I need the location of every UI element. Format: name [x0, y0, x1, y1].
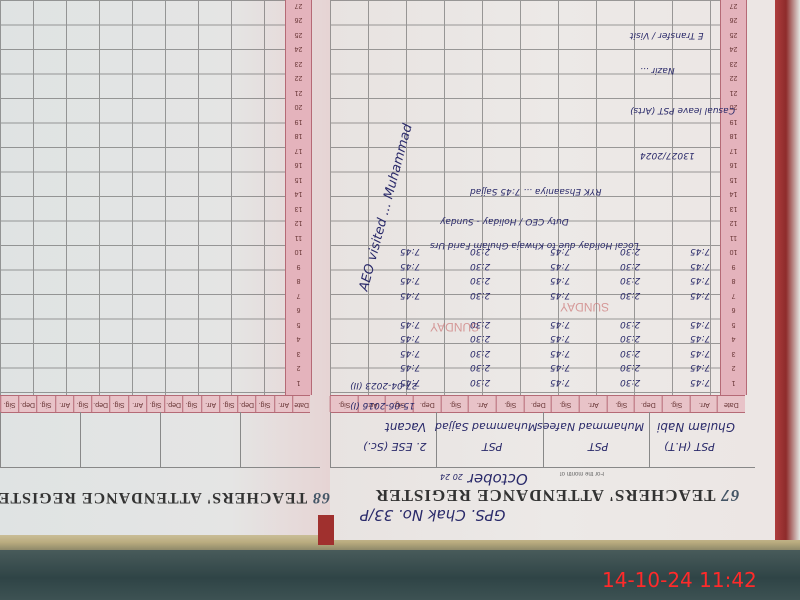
- date-number: 9: [286, 263, 311, 270]
- column-header: Dep.: [634, 396, 662, 412]
- date-number: 16: [286, 161, 311, 168]
- column-header: Arr.: [55, 396, 73, 412]
- attendance-time: 2:30: [620, 348, 640, 358]
- date-number: 23: [286, 60, 311, 67]
- column-header: Sig.: [73, 396, 91, 412]
- attendance-time: 7:45: [690, 290, 710, 300]
- date-number: 11: [721, 234, 746, 241]
- date-number: 10: [721, 248, 746, 255]
- date-number: 1: [286, 379, 311, 386]
- attendance-time: 7:45: [550, 348, 570, 358]
- name-cell: [160, 412, 240, 467]
- attendance-time: 2:30: [620, 377, 640, 387]
- date-number: 24: [286, 45, 311, 52]
- attendance-time: 2:30: [620, 275, 640, 285]
- date-number: 5: [286, 321, 311, 328]
- month-label: For the month of: [560, 470, 604, 476]
- date-number: 24: [721, 45, 746, 52]
- date-number: 2: [721, 364, 746, 371]
- date-number: 21: [721, 89, 746, 96]
- date-number: 12: [286, 219, 311, 226]
- date-number: 19: [721, 118, 746, 125]
- column-header: Sig.: [496, 396, 524, 412]
- attendance-time: 2:30: [620, 362, 640, 372]
- name-cell: [0, 412, 80, 467]
- column-header: Sig.: [0, 396, 18, 412]
- date-number: 14: [721, 190, 746, 197]
- date-number: 17: [721, 147, 746, 154]
- date-number: 4: [286, 335, 311, 342]
- right-page-number: 67: [720, 486, 739, 505]
- date-number: 19: [286, 118, 311, 125]
- book-spine: [318, 515, 334, 545]
- attendance-time: 2:30: [470, 246, 490, 256]
- column-header: Dep.: [164, 396, 182, 412]
- date-number: 23: [721, 60, 746, 67]
- date-number: 13: [721, 205, 746, 212]
- left-page-grid: [0, 0, 285, 395]
- column-header: Arr.: [579, 396, 607, 412]
- attendance-time: 7:45: [400, 275, 420, 285]
- note-entry: Nazir ...: [640, 65, 675, 75]
- date-number: 18: [721, 132, 746, 139]
- attendance-time: 7:45: [550, 319, 570, 329]
- attendance-time: 7:45: [690, 377, 710, 387]
- note-entry: 13027/2024: [640, 150, 695, 160]
- date-number: 8: [721, 277, 746, 284]
- column-header: Dep.: [91, 396, 109, 412]
- name-cell: [80, 412, 160, 467]
- date-number: 26: [721, 16, 746, 23]
- teacher-designation: PST: [588, 440, 608, 453]
- date-number: 9: [721, 263, 746, 270]
- column-header: Dep.: [413, 396, 441, 412]
- left-date-column: 1234567891011121314151617181920212223242…: [285, 0, 312, 395]
- date-number: 14: [286, 190, 311, 197]
- attendance-time: 7:45: [550, 246, 570, 256]
- left-page-title: 68 TEACHERS' ATTENDANCE REGISTER: [0, 488, 330, 506]
- date-number: 10: [286, 248, 311, 255]
- column-header: Dep.: [237, 396, 255, 412]
- column-header: Date: [292, 396, 310, 412]
- right-date-column: 1234567891011121314151617181920212223242…: [720, 0, 747, 395]
- column-header: Sig.: [219, 396, 237, 412]
- attendance-time: 7:45: [690, 246, 710, 256]
- attendance-time: 7:45: [550, 333, 570, 343]
- attendance-time: 7:45: [400, 246, 420, 256]
- attendance-time: 2:30: [470, 290, 490, 300]
- camera-timestamp: 14-10-24 11:42: [602, 568, 757, 592]
- date-number: 11: [286, 234, 311, 241]
- attendance-time: 7:45: [400, 333, 420, 343]
- timestamp-time: 11:42: [699, 568, 757, 592]
- right-title-text: TEACHERS' ATTENDANCE REGISTER: [375, 486, 715, 505]
- date-number: 16: [721, 161, 746, 168]
- attendance-time: 7:45: [690, 275, 710, 285]
- column-header: Date: [717, 396, 745, 412]
- teacher-cell: Ghulam Nabi PST (H.T): [649, 412, 755, 467]
- column-header: Sig.: [109, 396, 127, 412]
- teacher-name: Ghulam Nabi: [657, 420, 735, 434]
- date-number: 3: [286, 350, 311, 357]
- teacher-designation: 2. ESE (Sc.): [363, 440, 426, 453]
- teacher-cell: Muhammad Nafees PST: [543, 412, 649, 467]
- left-name-row: [0, 412, 320, 468]
- school-name: GPS. Chak No. 33/P: [360, 506, 505, 524]
- date-number: 27: [286, 2, 311, 9]
- date-number: 22: [721, 74, 746, 81]
- date-number: 15: [721, 176, 746, 183]
- column-header: Arr.: [128, 396, 146, 412]
- teacher-name: Muhammad Nafees: [537, 420, 644, 433]
- teacher-designation: PST: [482, 440, 502, 453]
- column-header: Sig.: [255, 396, 273, 412]
- note-entry: RYK Ehsaaniya ... 7:45 Sajjad: [470, 186, 602, 196]
- date-number: 3: [721, 350, 746, 357]
- left-title-text: TEACHERS' ATTENDANCE REGISTER: [0, 489, 307, 506]
- date-number: 21: [286, 89, 311, 96]
- date-number: 6: [721, 306, 746, 313]
- attendance-time: 7:45: [690, 333, 710, 343]
- attendance-time: 2:30: [470, 261, 490, 271]
- right-page-title: 67 TEACHERS' ATTENDANCE REGISTER: [375, 485, 739, 505]
- attendance-time: 2:30: [470, 319, 490, 329]
- date-number: 25: [721, 31, 746, 38]
- attendance-time: 2:30: [620, 319, 640, 329]
- sunday-mark: SUNDAY: [560, 300, 609, 314]
- date-number: 17: [286, 147, 311, 154]
- photo-scene: 1234567891011121314151617181920212223242…: [0, 0, 800, 600]
- date-number: 6: [286, 306, 311, 313]
- attendance-time: 2:30: [620, 290, 640, 300]
- attendance-time: 7:45: [690, 319, 710, 329]
- name-cell: [240, 412, 320, 467]
- date-number: 12: [721, 219, 746, 226]
- holiday-note: Local Holiday due to Khwaja Ghulam Farid…: [430, 240, 639, 250]
- column-header: Arr.: [690, 396, 718, 412]
- date-number: 5: [721, 321, 746, 328]
- attendance-time: 7:45: [400, 377, 420, 387]
- column-header: Sig.: [182, 396, 200, 412]
- date-number: 8: [286, 277, 311, 284]
- attendance-time: 7:45: [550, 275, 570, 285]
- attendance-time: 2:30: [470, 333, 490, 343]
- left-column-header-row: DateArr.Sig.Dep.Sig.Arr.Sig.Dep.Sig.Arr.…: [0, 395, 310, 413]
- column-header: Sig.: [441, 396, 469, 412]
- timestamp-date: 14-10-24: [602, 568, 693, 592]
- teacher-name: Muhammad Sajjad: [435, 420, 537, 433]
- attendance-time: 7:45: [400, 290, 420, 300]
- attendance-time: 2:30: [620, 333, 640, 343]
- attendance-time: 2:30: [470, 348, 490, 358]
- teacher-name: Vacant: [385, 420, 426, 434]
- note-entry: E Transfer / Visit: [630, 30, 704, 40]
- attendance-time: 7:45: [550, 261, 570, 271]
- attendance-time: 2:30: [470, 362, 490, 372]
- teacher-cell: Muhammad Sajjad PST: [436, 412, 542, 467]
- holiday-note: Duty CEO / Holiday - Sunday: [440, 216, 569, 226]
- column-header: Sig.: [146, 396, 164, 412]
- attendance-time: 7:45: [550, 290, 570, 300]
- date-number: 18: [286, 132, 311, 139]
- date-number: 15: [286, 176, 311, 183]
- date-number: 20: [286, 103, 311, 110]
- column-header: Sig.: [662, 396, 690, 412]
- column-header: Sig.: [551, 396, 579, 412]
- attendance-time: 7:45: [400, 261, 420, 271]
- date-number: 4: [721, 335, 746, 342]
- teacher-designation: PST (H.T): [664, 440, 715, 453]
- teacher-cell: Vacant 2. ESE (Sc.): [330, 412, 436, 467]
- column-header: Dep.: [524, 396, 552, 412]
- column-header: Arr.: [201, 396, 219, 412]
- attendance-time: 7:45: [400, 362, 420, 372]
- attendance-time: 7:45: [400, 319, 420, 329]
- date-number: 13: [286, 205, 311, 212]
- attendance-time: 2:30: [620, 261, 640, 271]
- date-number: 2: [286, 364, 311, 371]
- attendance-time: 7:45: [690, 362, 710, 372]
- attendance-time: 2:30: [470, 377, 490, 387]
- date-number: 7: [286, 292, 311, 299]
- column-header: Arr.: [274, 396, 292, 412]
- date-number: 22: [286, 74, 311, 81]
- column-header: Sig.: [36, 396, 54, 412]
- date-number: 27: [721, 2, 746, 9]
- note-entry: Casual leave PST (Arts): [630, 105, 735, 115]
- attendance-time: 7:45: [690, 348, 710, 358]
- year-suffix: 20 24: [440, 472, 463, 481]
- attendance-time: 7:45: [550, 377, 570, 387]
- attendance-time: 2:30: [470, 275, 490, 285]
- attendance-time: 2:30: [620, 246, 640, 256]
- date-number: 7: [721, 292, 746, 299]
- attendance-time: 7:45: [550, 362, 570, 372]
- column-header: Arr.: [468, 396, 496, 412]
- note-line: 15-06-2016 (I): [350, 400, 415, 410]
- right-name-row: Ghulam Nabi PST (H.T) Muhammad Nafees PS…: [330, 412, 755, 468]
- attendance-time: 7:45: [690, 261, 710, 271]
- left-page-number: 68: [312, 489, 330, 506]
- column-header: Sig.: [607, 396, 635, 412]
- date-number: 26: [286, 16, 311, 23]
- date-number: 25: [286, 31, 311, 38]
- column-header: Dep.: [18, 396, 36, 412]
- date-number: 1: [721, 379, 746, 386]
- attendance-time: 7:45: [400, 348, 420, 358]
